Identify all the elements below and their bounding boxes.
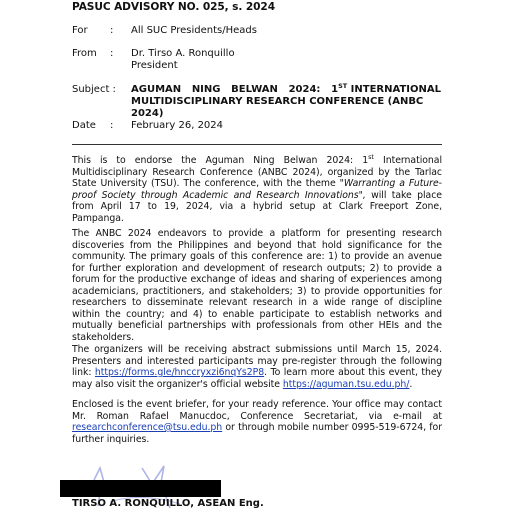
from-name: Dr. Tirso A. Ronquillo — [131, 48, 235, 59]
paragraph-endorsement: This is to endorse the Aguman Ning Belwa… — [72, 155, 442, 224]
subject-label: Subject : — [72, 84, 116, 95]
from-label: From — [72, 48, 97, 59]
paragraph-contact: Enclosed is the event briefer, for your … — [72, 399, 442, 445]
subject-value: AGUMAN NING BELWAN 2024: 1ST INTERNATION… — [131, 84, 441, 120]
subject-line-2: MULTIDISCIPLINARY RESEARCH CONFERENCE (A… — [131, 96, 441, 120]
subject-word: NING — [192, 84, 221, 96]
for-colon: : — [110, 25, 113, 36]
registration-link[interactable]: https://forms.gle/hnccryxzi6nqYs2P8 — [95, 367, 264, 378]
text: Enclosed is the event briefer, for your … — [72, 399, 442, 422]
paragraph-goals: The ANBC 2024 endeavors to provide a pla… — [72, 228, 442, 343]
header-divider — [72, 144, 442, 145]
text: . — [409, 379, 412, 390]
from-position: President — [131, 60, 178, 71]
paragraph-submissions: The organizers will be receiving abstrac… — [72, 344, 442, 390]
subject-word: BELWAN — [231, 84, 278, 96]
subject-ordinal-suffix: ST — [338, 82, 347, 90]
subject-word: INTERNATIONAL — [347, 84, 441, 95]
from-colon: : — [110, 48, 113, 59]
subject-word: 2024: — [289, 84, 321, 96]
date-label: Date — [72, 120, 96, 131]
website-link[interactable]: https://aguman.tsu.edu.ph/ — [283, 379, 410, 390]
for-value: All SUC Presidents/Heads — [131, 25, 257, 36]
subject-word: 1ST INTERNATIONAL — [331, 84, 441, 96]
email-link[interactable]: researchconference@tsu.edu.ph — [72, 422, 222, 433]
date-colon: : — [110, 120, 113, 131]
advisory-title: PASUC ADVISORY NO. 025, s. 2024 — [72, 1, 275, 13]
subject-word: AGUMAN — [131, 84, 181, 96]
for-label: For — [72, 25, 88, 36]
signatory-name: TIRSO A. RONQUILLO, ASEAN Eng. — [72, 498, 264, 509]
subject-line-1: AGUMAN NING BELWAN 2024: 1ST INTERNATION… — [131, 84, 441, 96]
redaction-bar — [60, 480, 221, 497]
text: This is to endorse the Aguman Ning Belwa… — [72, 155, 368, 166]
date-value: February 26, 2024 — [131, 120, 223, 131]
